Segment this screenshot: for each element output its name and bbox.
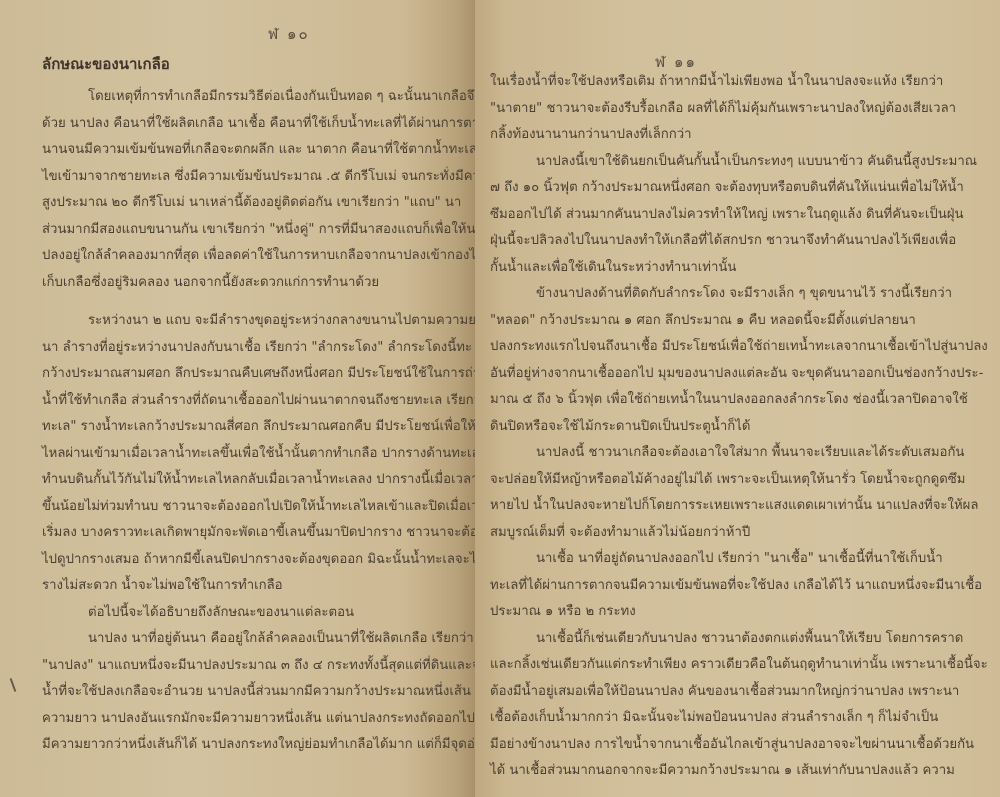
text-line: เชื้อต้องเก็บน้ำมากกว่า มิฉะนั้นจะไม่พอป…	[490, 705, 990, 732]
text-line: นา ลำรางที่อยู่ระหว่างนาปลงกับนาเชื้อ เร…	[42, 335, 475, 362]
text-line: นาปลงนี้เขาใช้ดินยกเป็นคันกั้นน้ำเป็นกระ…	[490, 149, 990, 176]
text-line: เก็บเกลือซึ่งอยู่ริมคลอง นอกจากนี้ยังสะด…	[42, 270, 475, 297]
text-line: กว้างประมาณสามศอก ลึกประมาณคืบเศษถึงหนึ่…	[42, 361, 475, 388]
text-line: และกลิ้งเช่นเดียวกันแต่กระทำเพียง คราวเด…	[490, 652, 990, 679]
text-line: ฝุ่นนี้จะปลิวลงไปในนาปลงทำให้เกลือที่ได้…	[490, 228, 990, 255]
text-line: ส่วนมากมีสองแถบขนานกัน เขาเรียกว่า "หนึ่…	[42, 217, 475, 244]
text-line: นานจนมีความเข้มข้นพอที่เกลือจะตกผลึก และ…	[42, 137, 475, 164]
book-spread: ฬ ๑๐ ลักษณะของนาเกลือ โดยเหตุที่การทำเกล…	[0, 0, 1000, 797]
text-line: ไหลผ่านเข้ามาเมื่อเวลาน้ำทะเลขึ้นเพื่อใช…	[42, 441, 475, 468]
text-line: ในเรื่องน้ำที่จะใช้ปลงหรือเติม ถ้าหากมีน…	[490, 69, 990, 96]
text-line: ขึ้นน้อยไม่ท่วมทำนบ ชาวนาจะต้องออกไปเปิด…	[42, 494, 475, 521]
text-line: หายไป น้ำในปลงจะหายไปก็โดยการระเหยเพราะแ…	[490, 493, 990, 520]
text-line: ทำนบดินกั้นไว้กันไม่ให้น้ำทะเลไหลกลับเมื…	[42, 467, 475, 494]
paragraph-gap	[42, 296, 475, 308]
text-line: มีอย่างข้างนาปลง การไขน้ำจากนาเชื้ออันไก…	[490, 732, 990, 759]
text-line: ข้างนาปลงด้านที่ติดกับลำกระโดง จะมีรางเล…	[490, 281, 990, 308]
text-line: โดยเหตุที่การทำเกลือมีกรรมวิธีต่อเนื่องก…	[42, 84, 475, 111]
left-page: ฬ ๑๐ ลักษณะของนาเกลือ โดยเหตุที่การทำเกล…	[0, 0, 475, 797]
text-line: ประมาณ ๑ หรือ ๒ กระทง	[490, 599, 990, 626]
text-line: ๗ ถึง ๑๐ นิ้วฟุต กว้างประมาณหนึ่งศอก จะต…	[490, 175, 990, 202]
right-page-body: ในเรื่องน้ำที่จะใช้ปลงหรือเติม ถ้าหากมีน…	[490, 69, 990, 785]
text-line: รางไม่สะดวก น้ำจะไม่พอใช้ในการทำเกลือ	[42, 573, 475, 600]
text-line: นาปลงนี้ ชาวนาเกลือจะต้องเอาใจใส่มาก พื้…	[490, 440, 990, 467]
text-line: อันที่อยู่ห่างจากนาเชื้อออกไป มุมของนาปล…	[490, 361, 990, 388]
text-line: นาเชื้อ นาที่อยู่ถัดนาปลงออกไป เรียกว่า …	[490, 546, 990, 573]
text-line: ไปดูปากรางเสมอ ถ้าหากมีขี้เลนปิดปากรางจะ…	[42, 547, 475, 574]
text-line: สมบูรณ์เต็มที่ จะต้องทำมาแล้วไม่น้อยกว่า…	[490, 520, 990, 547]
text-line: ทะเล" รางน้ำทะเลกว้างประมาณสี่ศอก ลึกประ…	[42, 414, 475, 441]
text-line: "นาปลง" นาแถบหนึ่งจะมีนาปลงประมาณ ๓ ถึง …	[42, 653, 475, 680]
text-line: จะปล่อยให้มีหญ้าหรือตอไม้ค้างอยู่ไม่ได้ …	[490, 467, 990, 494]
text-line: ได้ นาเชื้อส่วนมากนอกจากจะมีความกว้างประ…	[490, 758, 990, 785]
page-number: ฬ ๑๐	[268, 22, 310, 46]
text-line: "นาตาย" ชาวนาจะต้องรีบรื้อเกลือ ผลที่ได้…	[490, 96, 990, 123]
left-page-body: โดยเหตุที่การทำเกลือมีกรรมวิธีต่อเนื่องก…	[42, 84, 475, 759]
text-line: ต่อไปนี้จะได้อธิบายถึงลักษณะของนาแต่ละตอ…	[42, 600, 475, 627]
text-line: "หลอด" กว้างประมาณ ๑ ศอก ลึกประมาณ ๑ คืบ…	[490, 308, 990, 335]
text-line: น้ำที่ใช้ทำเกลือ ส่วนลำรางที่ถัดนาเชื้ออ…	[42, 388, 475, 415]
text-line: น้ำที่จะใช้ปลงเกลือจะอำนวย นาปลงนี้ส่วนม…	[42, 679, 475, 706]
text-line: ปลงกระทงแรกไปจนถึงนาเชื้อ มีประโยชน์เพื่…	[490, 334, 990, 361]
text-line: มาณ ๕ ถึง ๖ นิ้วฟุต เพื่อใช้ถ่ายเทน้ำในน…	[490, 387, 990, 414]
text-line: กั้นน้ำและเพื่อใช้เดินในระหว่างทำนาเท่าน…	[490, 255, 990, 282]
text-line: ด้วย นาปลง คือนาที่ใช้ผลิตเกลือ นาเชื้อ …	[42, 111, 475, 138]
text-line: นาเชื้อนี้ก็เช่นเดียวกับนาปลง ชาวนาต้องต…	[490, 626, 990, 653]
text-line: ซึมออกไปได้ ส่วนมากคันนาปลงไม่ควรทำให้ให…	[490, 202, 990, 229]
right-page: ฬ ๑๑ ในเรื่องน้ำที่จะใช้ปลงหรือเติม ถ้าห…	[475, 0, 1000, 797]
text-line: สูงประมาณ ๒๐ ดีกรีโบเม่ นาเหล่านี้ต้องอย…	[42, 190, 475, 217]
text-line: ปลงอยู่ใกล้ลำคลองมากที่สุด เพื่อลดค่าใช้…	[42, 243, 475, 270]
text-line: มีความยาวกว่าหนึ่งเส้นก็ได้ นาปลงกระทงให…	[42, 732, 475, 759]
text-line: ระหว่างนา ๒ แถบ จะมีลำรางขุดอยู่ระหว่างก…	[42, 308, 475, 335]
text-line: กลิ้งท้องนานานกว่านาปลงที่เล็กกว่า	[490, 122, 990, 149]
text-line: นาปลง นาที่อยู่ต้นนา คืออยู่ใกล้ลำคลองเป…	[42, 626, 475, 653]
margin-mark	[10, 678, 17, 692]
text-line: ทะเลที่ได้ผ่านการตากจนมีความเข้มข้นพอที่…	[490, 573, 990, 600]
text-line: ต้องมีน้ำอยู่เสมอเพื่อให้ป้อนนาปลง คันขอ…	[490, 679, 990, 706]
text-line: ดินปิดหรือจะใช้ไม้กระดานปิดเป็นประตูน้ำก…	[490, 414, 990, 441]
section-heading: ลักษณะของนาเกลือ	[42, 52, 170, 76]
text-line: ความยาว นาปลงอันแรกมักจะมีความยาวหนึ่งเส…	[42, 706, 475, 733]
text-line: เริ่มลง บางคราวทะเลเกิดพายุมักจะพัดเอาขี…	[42, 520, 475, 547]
text-line: ไขเข้ามาจากชายทะเล ซึ่งมีความเข้มข้นประม…	[42, 164, 475, 191]
